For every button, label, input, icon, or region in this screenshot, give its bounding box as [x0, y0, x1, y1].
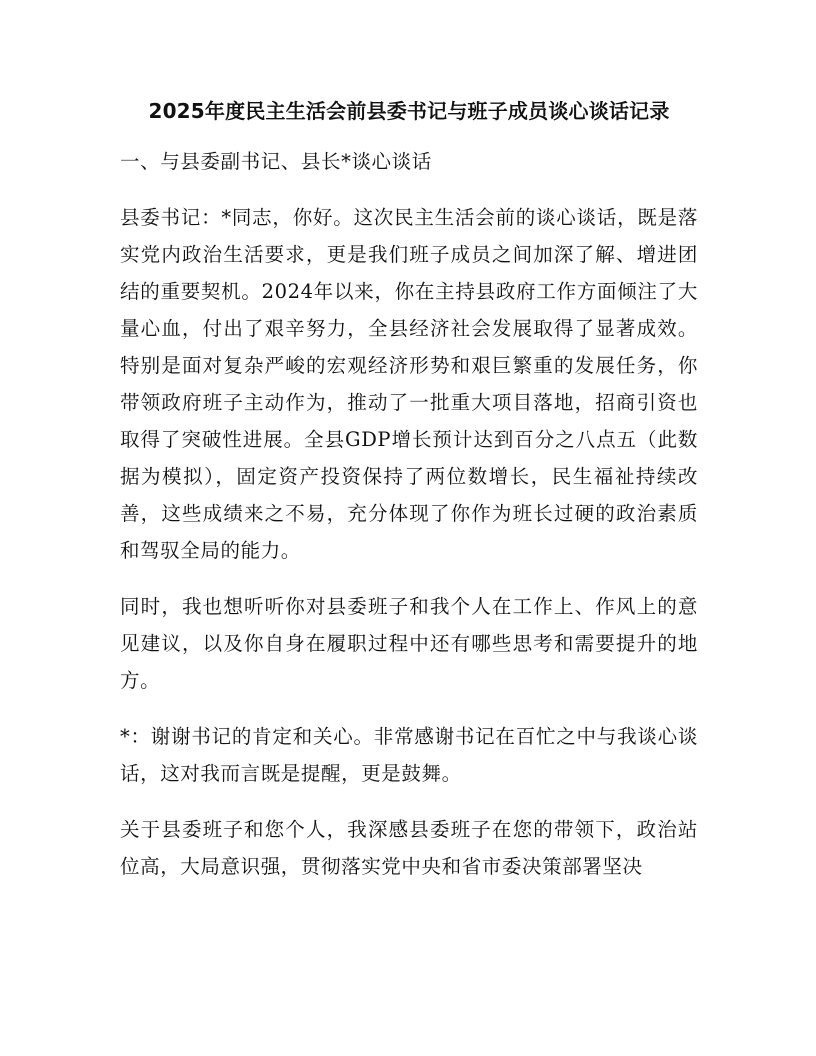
paragraph-reply-feedback: 关于县委班子和您个人，我深感县委班子在您的带领下，政治站位高，大局意识强，贯彻落…: [120, 811, 698, 885]
paragraph-reply-thanks: *：谢谢书记的肯定和关心。非常感谢书记在百忙之中与我谈心谈话，这对我而言既是提醒…: [120, 718, 698, 792]
document-title: 2025年度民主生活会前县委书记与班子成员谈心谈话记录: [120, 96, 698, 126]
document-page: 2025年度民主生活会前县委书记与班子成员谈心谈话记录 一、与县委副书记、县长*…: [0, 0, 816, 1056]
paragraph-secretary-request: 同时，我也想听听你对县委班子和我个人在工作上、作风上的意见建议，以及你自身在履职…: [120, 588, 698, 699]
document-body: 2025年度民主生活会前县委书记与班子成员谈心谈话记录 一、与县委副书记、县长*…: [120, 96, 698, 885]
paragraph-secretary-opening: 县委书记：*同志，你好。这次民主生活会前的谈心谈话，既是落实党内政治生活要求，更…: [120, 199, 698, 569]
section-heading: 一、与县委副书记、县长*谈心谈话: [120, 143, 698, 180]
